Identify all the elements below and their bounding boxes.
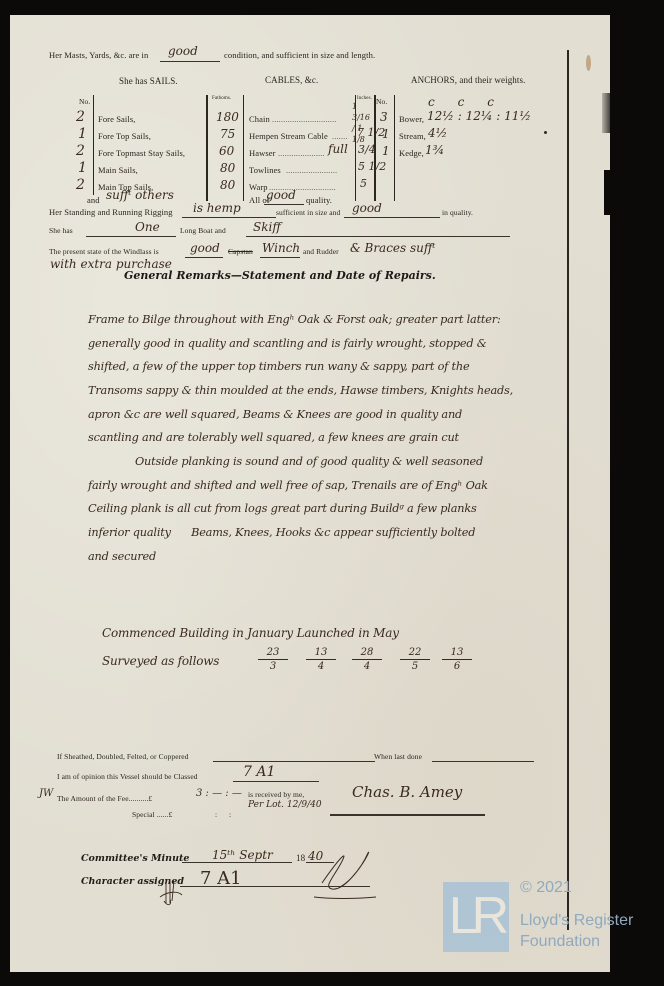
masts-condition-underline bbox=[160, 61, 220, 62]
anchors-no-header: No. bbox=[376, 97, 387, 106]
fraction-numerator: 13 bbox=[451, 647, 464, 658]
anchor-count-1: 3 bbox=[380, 110, 388, 124]
windlass-prefix: The present state of the Windlass is bbox=[49, 247, 159, 256]
surveyor-signature: Chas. B. Amey bbox=[352, 783, 462, 801]
lr-logo-letters: LR bbox=[443, 886, 509, 946]
sails-no-header: No. bbox=[79, 97, 90, 106]
building-dates: Commenced Building in January Launched i… bbox=[102, 626, 399, 640]
remarks-line-10: inferior quality Beams, Knees, Hooks &c … bbox=[88, 526, 475, 539]
anchor-name-2: Stream, bbox=[399, 131, 426, 141]
cable-fathoms-4: 80 bbox=[220, 161, 235, 175]
windlass-value: good bbox=[190, 241, 220, 255]
watermark-org-line1: Lloyd's Register bbox=[520, 912, 633, 930]
rigging-quality-value: good bbox=[352, 201, 382, 215]
remarks-line-1: Frame to Bilge throughout with Engʰ Oak … bbox=[88, 313, 501, 326]
cables-all-of-value: good bbox=[266, 188, 296, 202]
cables-left-rule bbox=[206, 95, 208, 201]
fraction-denominator: 3 bbox=[270, 661, 276, 672]
cable-name-1: Chain bbox=[249, 114, 270, 124]
boats-other-underline bbox=[246, 236, 510, 237]
rust-stain bbox=[586, 55, 591, 71]
fraction-denominator: 6 bbox=[454, 661, 460, 672]
windlass-underline bbox=[185, 257, 223, 258]
fraction-denominator: 5 bbox=[412, 661, 418, 672]
cable-name-3: Hawser bbox=[249, 148, 276, 158]
windlass-struck: Capstan bbox=[228, 247, 253, 256]
cables-fathoms-rule bbox=[243, 95, 244, 201]
anchor-weights-1: 12½ : 12¼ : 11½ bbox=[427, 109, 531, 123]
special-value: : : bbox=[215, 810, 231, 819]
rigging-value: is hemp bbox=[193, 201, 241, 215]
fraction-denominator: 4 bbox=[364, 661, 370, 672]
sail-count-2: 1 bbox=[78, 126, 87, 142]
initials-flourish bbox=[158, 877, 184, 909]
cable-name-2: Hempen Stream Cable bbox=[249, 131, 328, 141]
windlass-other-underline bbox=[260, 257, 300, 258]
fraction-numerator: 23 bbox=[267, 647, 280, 658]
anchors-heading: ANCHORS, and their weights. bbox=[411, 75, 525, 85]
torn-edge-cutout-1 bbox=[611, 90, 664, 160]
sail-name-3: Fore Topmast Stay Sails, bbox=[98, 148, 185, 158]
cable-fathoms-3: 60 bbox=[219, 144, 234, 158]
boats-other: Skiff bbox=[253, 220, 281, 234]
cable-inches-3: 3/4 bbox=[358, 143, 376, 156]
cables-quality-label: quality. bbox=[306, 195, 332, 205]
rudder-value: & Braces suffᵗ bbox=[350, 241, 435, 255]
ink-spot bbox=[544, 131, 547, 134]
sail-count-5: 2 bbox=[76, 177, 85, 193]
rudder-label: and Rudder bbox=[303, 247, 339, 256]
anchor-weights-2: 4½ bbox=[428, 126, 447, 140]
sheathed-field bbox=[213, 761, 375, 762]
cable-dots-3: ..................... bbox=[278, 148, 325, 158]
rigging-prefix: Her Standing and Running Rigging bbox=[49, 207, 173, 217]
cable-inches-5: 5 bbox=[360, 177, 367, 190]
torn-edge-cutout-4 bbox=[622, 215, 664, 275]
fee-label: The Amount of the Fee..........£ bbox=[57, 794, 152, 803]
anchors-divider bbox=[394, 95, 395, 201]
watermark-org-line2: Foundation bbox=[520, 933, 600, 951]
fraction-numerator: 28 bbox=[361, 647, 374, 658]
sail-name-4: Main Sails, bbox=[98, 165, 138, 175]
character-assigned-value: 7 A1 bbox=[200, 868, 242, 889]
fraction-numerator: 13 bbox=[315, 647, 328, 658]
masts-condition-value: good bbox=[168, 44, 198, 58]
rigging-quality-underline bbox=[344, 217, 440, 218]
rigging-suffix: in quality. bbox=[442, 208, 473, 217]
anchor-count-3: 1 bbox=[382, 144, 390, 158]
cable-inches-4: 5 1/2 bbox=[358, 160, 386, 173]
remarks-line-6: scantling and are tolerably well squared… bbox=[88, 431, 459, 444]
masts-prefix: Her Masts, Yards, &c. are in bbox=[49, 50, 148, 60]
remarks-heading: General Remarks—Statement and Date of Re… bbox=[124, 269, 436, 282]
anchor-count-2: 1 bbox=[382, 127, 390, 141]
fraction-numerator: 22 bbox=[409, 647, 422, 658]
received-note: Per Lot. 12/9/40 bbox=[248, 800, 322, 810]
remarks-line-3: shifted, a few of the upper top timbers … bbox=[88, 360, 469, 373]
when-last-done-label: When last done bbox=[374, 752, 422, 761]
sails-divider bbox=[93, 95, 94, 195]
cables-heading: CABLES, &c. bbox=[265, 75, 318, 85]
cable-name-4: Towlines bbox=[249, 165, 281, 175]
cable-dots-2: ....... bbox=[332, 131, 348, 141]
remarks-line-11: and secured bbox=[88, 550, 156, 563]
torn-edge-cutout-2 bbox=[602, 93, 614, 133]
committee-minute-label: Committee's Minute bbox=[81, 853, 189, 864]
sail-count-1: 2 bbox=[76, 109, 85, 125]
cable-inches-2: 7 1/2 bbox=[357, 126, 385, 139]
classed-label: I am of opinion this Vessel should be Cl… bbox=[57, 772, 198, 781]
remarks-line-2: generally good in quality and scantling … bbox=[88, 337, 487, 350]
sails-heading: She has SAILS. bbox=[119, 76, 178, 86]
when-last-done-field bbox=[432, 761, 534, 762]
cables-all-of-underline bbox=[264, 204, 304, 205]
margin-initials: JW bbox=[39, 788, 53, 799]
anchor-name-3: Kedge, bbox=[399, 148, 424, 158]
rigging-middle: sufficient in size and bbox=[276, 208, 340, 217]
sheathed-label: If Sheathed, Doubled, Felted, or Coppere… bbox=[57, 752, 189, 761]
sail-count-4: 1 bbox=[78, 160, 87, 176]
torn-edge-cutout-6 bbox=[640, 675, 664, 975]
cable-dots-4: ....................... bbox=[286, 165, 337, 175]
committee-minute-date: 15ᵗʰ Septr bbox=[212, 848, 273, 862]
cable-fathoms-5: 80 bbox=[220, 178, 235, 192]
remarks-line-4: Transoms sappy & thin moulded at the end… bbox=[88, 384, 513, 397]
sail-count-3: 2 bbox=[76, 143, 85, 159]
anchor-cwt-marks: c c c bbox=[428, 95, 494, 109]
survey-fraction-1: 233 bbox=[258, 647, 288, 672]
masts-suffix: condition, and sufficient in size and le… bbox=[224, 50, 375, 60]
committee-minute-field bbox=[182, 862, 292, 863]
rigging-underline bbox=[182, 217, 276, 218]
lr-foundation-logo: LR bbox=[443, 882, 509, 952]
classed-value: 7 A1 bbox=[243, 764, 275, 780]
survey-fraction-5: 136 bbox=[442, 647, 472, 672]
remarks-line-8: fairly wrought and shifted and well free… bbox=[88, 479, 488, 492]
fraction-denominator: 4 bbox=[318, 661, 324, 672]
windlass-other: Winch bbox=[262, 241, 300, 255]
committee-year-prefix: 18 bbox=[296, 853, 305, 863]
sails-and-label: and bbox=[87, 195, 100, 205]
cable-fathoms-2: 75 bbox=[220, 127, 235, 141]
cable-note-3: full bbox=[328, 142, 348, 156]
anchor-name-1: Bower, bbox=[399, 114, 424, 124]
torn-edge-cutout-5 bbox=[630, 275, 664, 675]
remarks-line-5: apron &c are well squared, Beams & Knees… bbox=[88, 408, 462, 421]
sail-name-2: Fore Top Sails, bbox=[98, 131, 151, 141]
right-margin-rule bbox=[567, 50, 569, 930]
remarks-line-7: Outside planking is sound and of good qu… bbox=[135, 455, 483, 468]
cable-fathoms-1: 180 bbox=[216, 110, 239, 124]
torn-edge-cutout-3 bbox=[604, 170, 664, 215]
classed-underline bbox=[233, 781, 319, 782]
boats-count-underline bbox=[86, 236, 176, 237]
fee-value: 3 : — : — bbox=[196, 788, 242, 799]
boats-count: One bbox=[135, 220, 160, 234]
fathoms-header: Fathoms. bbox=[212, 96, 231, 101]
remarks-line-9: Ceiling plank is all cut from logs great… bbox=[88, 502, 477, 515]
survey-fraction-4: 225 bbox=[400, 647, 430, 672]
sail-name-1: Fore Sails, bbox=[98, 114, 135, 124]
survey-fraction-2: 134 bbox=[306, 647, 336, 672]
survey-document-page: Her Masts, Yards, &c. are in good condit… bbox=[10, 15, 610, 972]
special-label: Special ......£ bbox=[132, 810, 172, 819]
boats-prefix: She has bbox=[49, 226, 73, 235]
anchor-weights-3: 1¾ bbox=[425, 143, 444, 157]
sails-and-value: suffᵗ others bbox=[106, 188, 174, 202]
boats-middle: Long Boat and bbox=[180, 226, 226, 235]
cable-name-5: Warp bbox=[249, 182, 268, 192]
watermark-copyright: © 2021 bbox=[520, 879, 572, 897]
survey-fraction-3: 284 bbox=[352, 647, 382, 672]
survey-label: Surveyed as follows bbox=[102, 654, 219, 668]
cable-dots-1: ............................. bbox=[272, 114, 337, 124]
signature-line bbox=[330, 814, 485, 816]
received-label: is received by me, bbox=[248, 790, 304, 799]
committee-signature-flourish bbox=[310, 847, 380, 907]
